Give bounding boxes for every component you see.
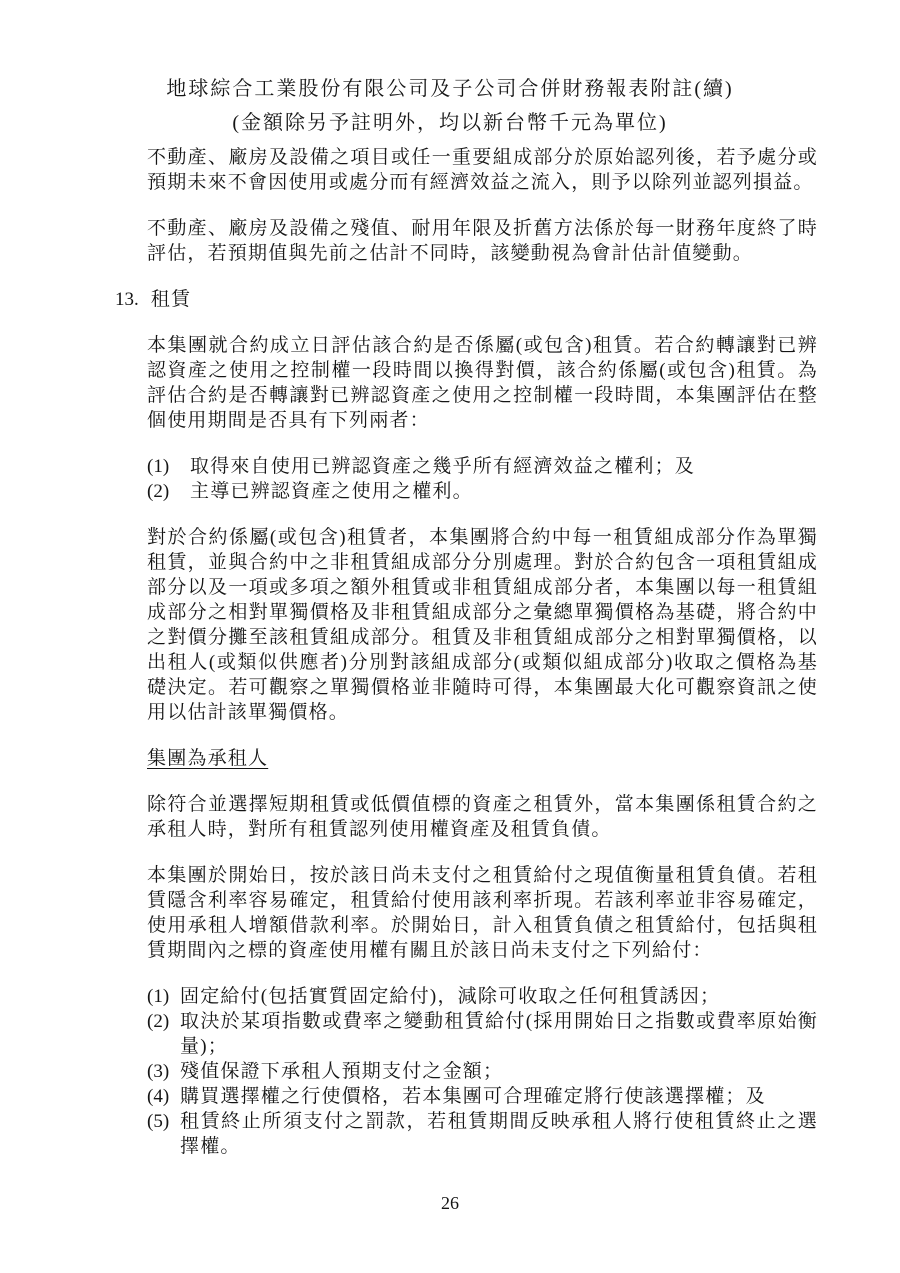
list-item-text: 固定給付(包括實質固定給付)，減除可收取之任何租賃誘因； [180, 984, 818, 1009]
paragraph-lease-assessment: 本集團就合約成立日評估該合約是否係屬(或包含)租賃。若合約轉讓對已辨認資產之使用… [147, 333, 818, 433]
document-page: 地球綜合工業股份有限公司及子公司合併財務報表附註(續) (金額除另予註明外，均以… [0, 0, 900, 1273]
paragraph-ppe-depreciation: 不動產、廠房及設備之殘值、耐用年限及折舊方法係於每一財務年度終了時評估，若預期值… [147, 216, 818, 266]
list-item: (3) 殘值保證下承租人預期支付之金額； [147, 1059, 818, 1084]
list-item-number: (1) [147, 454, 190, 479]
list-item: (4) 購買選擇權之行使價格，若本集團可合理確定將行使該選擇權；及 [147, 1084, 818, 1109]
doc-subtitle: (金額除另予註明外，均以新台幣千元為單位) [0, 106, 900, 140]
page-number: 26 [0, 1193, 900, 1214]
paragraph-lessee-recognition: 除符合並選擇短期租賃或低價值標的資產之租賃外，當本集團係租賃合約之承租人時，對所… [147, 792, 818, 842]
paragraph-lease-liability: 本集團於開始日，按於該日尚未支付之租賃給付之現值衡量租賃負債。若租賃隱含利率容易… [147, 863, 818, 963]
list-item-number: (5) [147, 1109, 180, 1134]
list-item: (1) 取得來自使用已辨認資產之幾乎所有經濟效益之權利；及 [147, 454, 818, 479]
list-item-number: (1) [147, 984, 180, 1009]
list-item: (2) 主導已辨認資產之使用之權利。 [147, 479, 818, 504]
paragraph-ppe-derecognition: 不動產、廠房及設備之項目或任一重要組成部分於原始認列後，若予處分或預期未來不會因… [147, 145, 818, 195]
list-item: (1) 固定給付(包括實質固定給付)，減除可收取之任何租賃誘因； [147, 984, 818, 1009]
list-item: (2) 取決於某項指數或費率之變動租賃給付(採用開始日之指數或費率原始衡量)； [147, 1009, 818, 1059]
subheading-group-as-lessee: 集團為承租人 [147, 746, 818, 771]
list-item-text: 取得來自使用已辨認資產之幾乎所有經濟效益之權利；及 [190, 454, 818, 479]
section-number: 13. [115, 287, 139, 312]
section-13-heading: 13.租賃 [115, 287, 786, 312]
list-item-number: (4) [147, 1084, 180, 1109]
lease-criteria-list: (1) 取得來自使用已辨認資產之幾乎所有經濟效益之權利；及 (2) 主導已辨認資… [147, 454, 818, 504]
list-item-text: 租賃終止所須支付之罰款，若租賃期間反映承租人將行使租賃終止之選擇權。 [180, 1109, 818, 1159]
doc-title: 地球綜合工業股份有限公司及子公司合併財務報表附註(續) [0, 72, 900, 106]
list-item-number: (2) [147, 1009, 180, 1034]
lease-payments-list: (1) 固定給付(包括實質固定給付)，減除可收取之任何租賃誘因； (2) 取決於… [147, 984, 818, 1159]
list-item-text: 主導已辨認資產之使用之權利。 [190, 479, 818, 504]
list-item-text: 取決於某項指數或費率之變動租賃給付(採用開始日之指數或費率原始衡量)； [180, 1009, 818, 1059]
section-title: 租賃 [151, 289, 191, 310]
list-item-text: 購買選擇權之行使價格，若本集團可合理確定將行使該選擇權；及 [180, 1084, 818, 1109]
list-item-text: 殘值保證下承租人預期支付之金額； [180, 1059, 818, 1084]
list-item-number: (3) [147, 1059, 180, 1084]
list-item-number: (2) [147, 479, 190, 504]
paragraph-lease-components: 對於合約係屬(或包含)租賃者，本集團將合約中每一租賃組成部分作為單獨租賃，並與合… [147, 525, 818, 725]
document-body: 不動產、廠房及設備之項目或任一重要組成部分於原始認列後，若予處分或預期未來不會因… [147, 145, 818, 1180]
list-item: (5) 租賃終止所須支付之罰款，若租賃期間反映承租人將行使租賃終止之選擇權。 [147, 1109, 818, 1159]
document-header: 地球綜合工業股份有限公司及子公司合併財務報表附註(續) (金額除另予註明外，均以… [0, 72, 900, 140]
